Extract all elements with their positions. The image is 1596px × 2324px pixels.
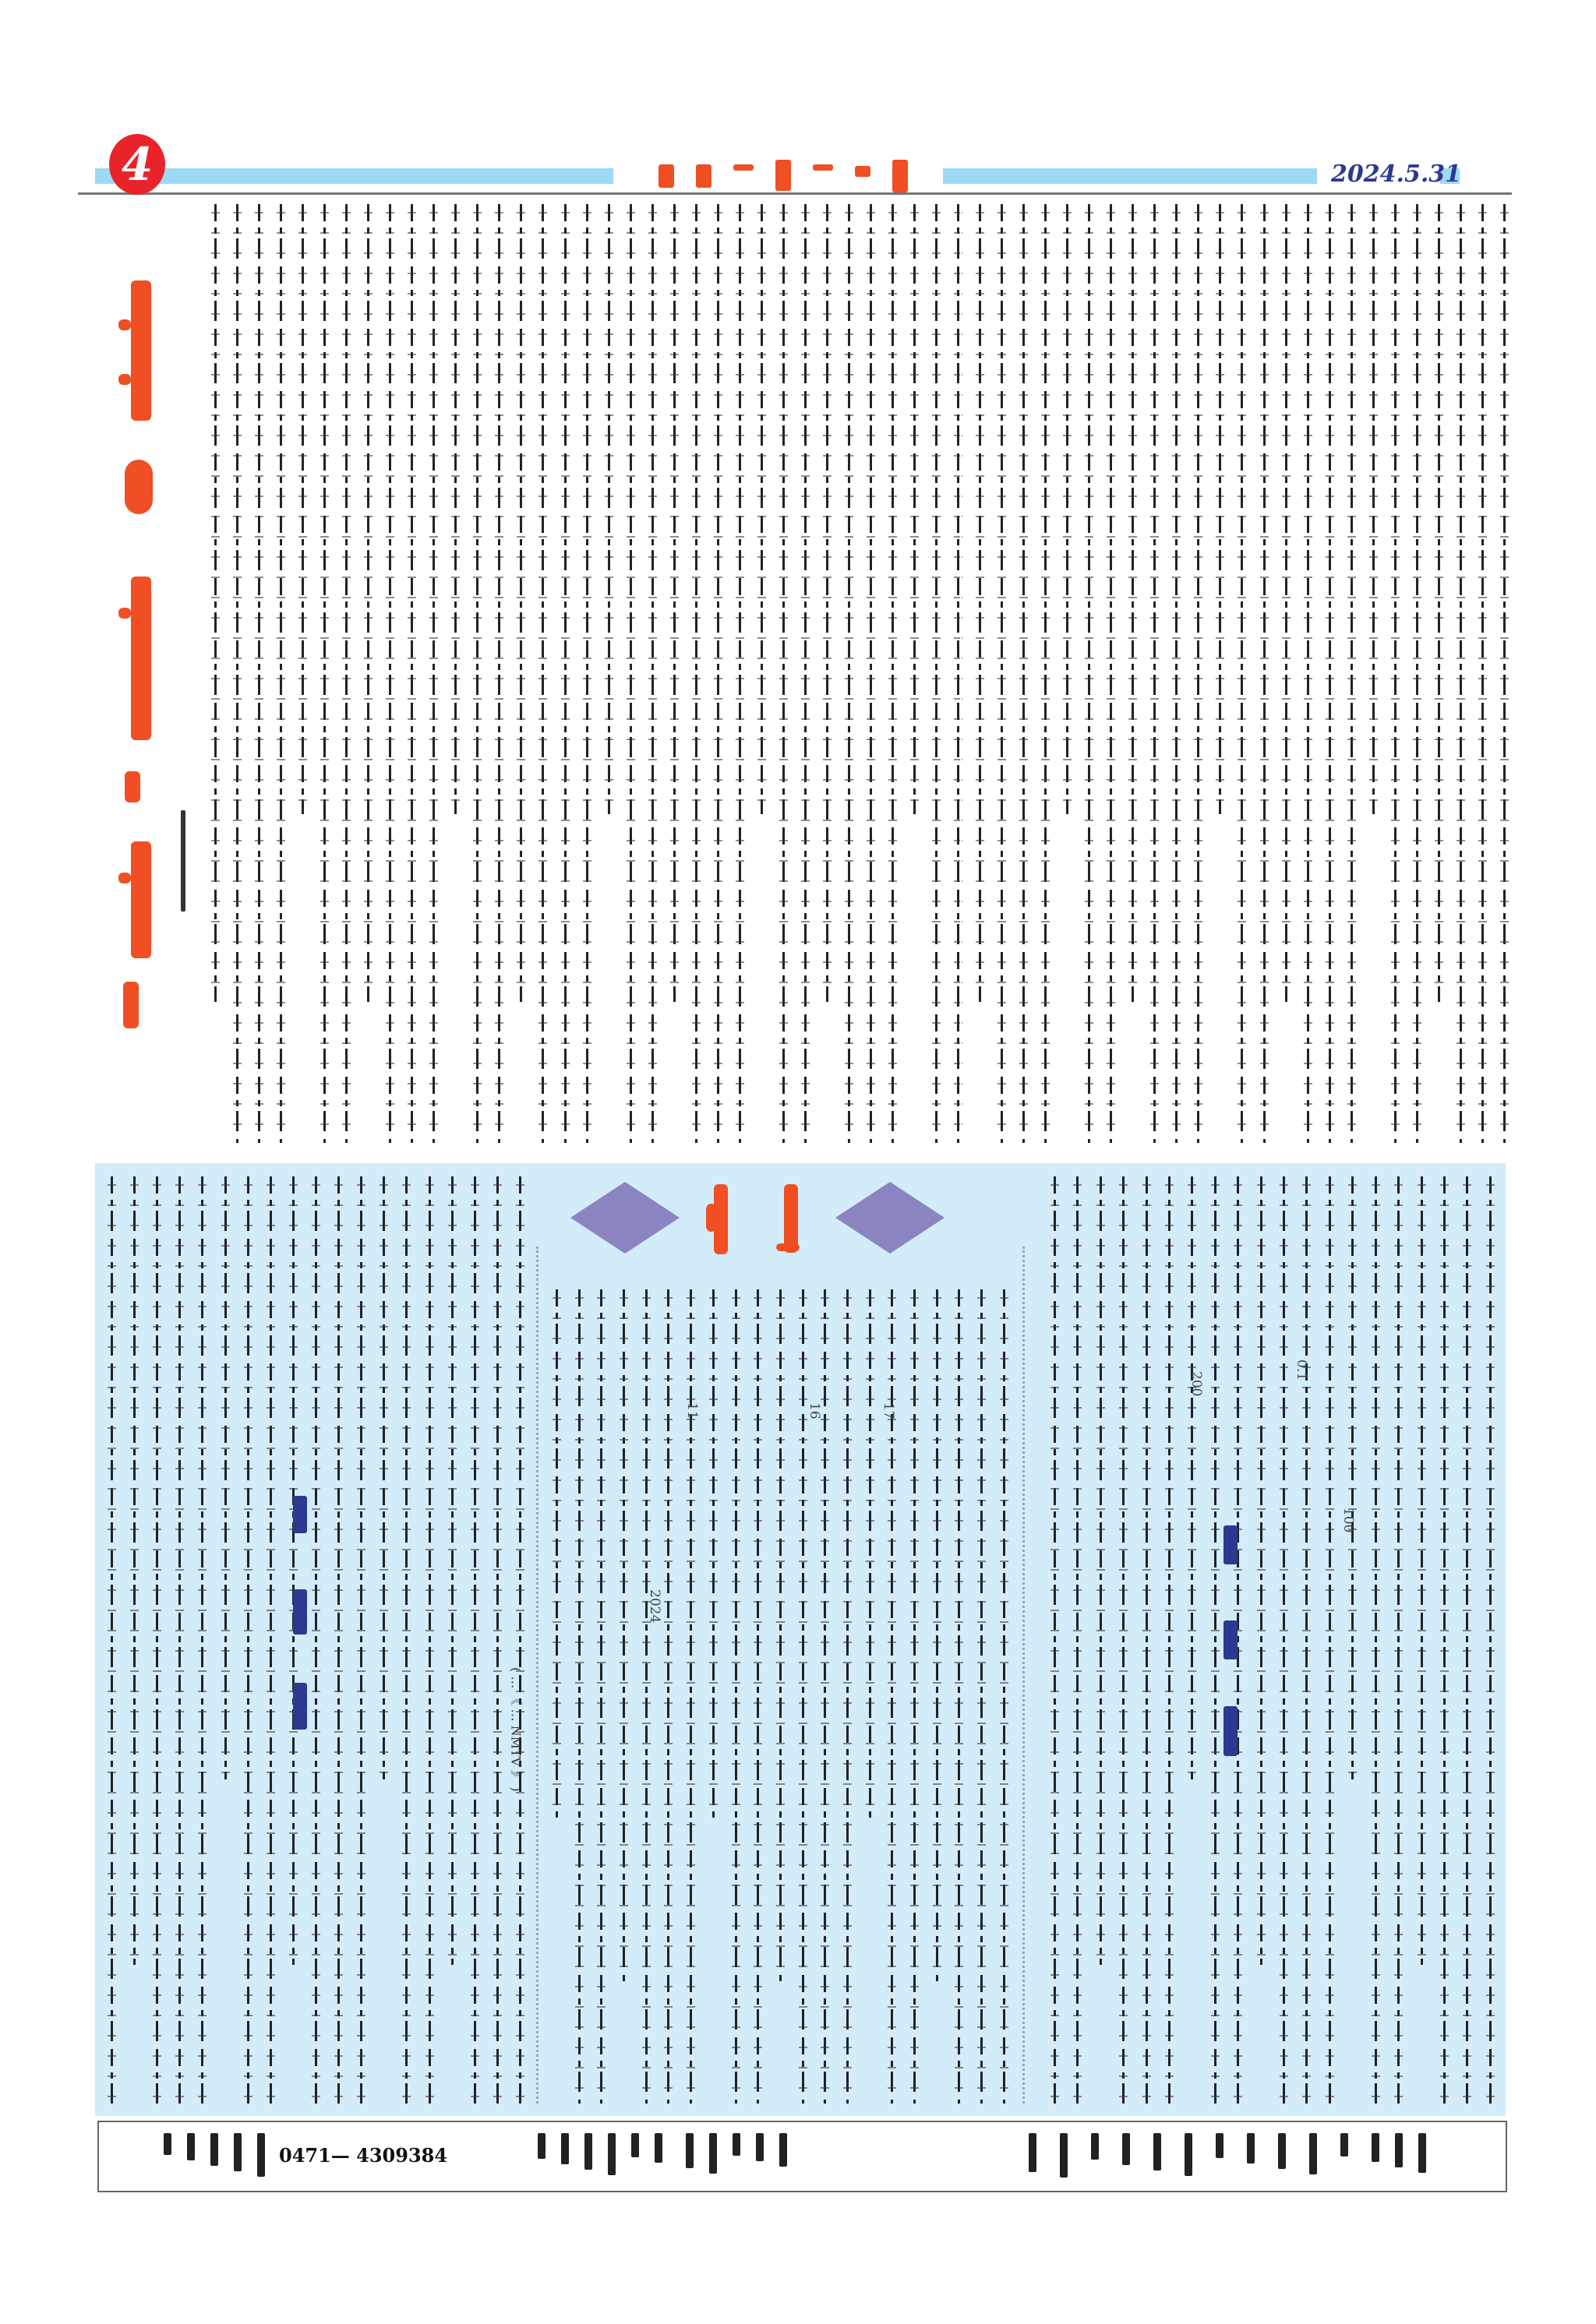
text-column-line <box>930 204 942 1143</box>
footer-label-glyph <box>733 2133 740 2156</box>
text-column-line <box>296 204 309 1143</box>
footer-label-glyph <box>1395 2133 1403 2167</box>
footer-label-glyph <box>210 2133 218 2166</box>
footer-label-glyph <box>234 2133 242 2171</box>
text-column-line <box>1192 204 1204 1143</box>
text-column-line <box>755 204 768 1143</box>
text-column-line <box>821 204 833 1143</box>
blue-left-body <box>105 1176 526 2104</box>
masthead-glyph <box>733 164 754 171</box>
text-column-line <box>863 1289 876 2104</box>
text-column-line <box>1126 204 1139 1143</box>
footer-label-glyph <box>1029 2133 1036 2172</box>
text-column-line <box>886 204 899 1143</box>
page-number-badge: 4 <box>109 134 165 195</box>
text-column-line <box>1039 204 1051 1143</box>
number-0.1: 0.1 <box>1294 1359 1309 1381</box>
text-column-line <box>864 204 877 1143</box>
text-column-line <box>264 1176 277 2104</box>
text-column-line <box>173 1176 185 2104</box>
text-column-line <box>1411 204 1423 1143</box>
number-100: 100 <box>1340 1508 1356 1532</box>
text-column-line <box>1498 204 1510 1143</box>
text-column-line <box>1061 204 1073 1143</box>
text-column-line <box>662 1289 674 2104</box>
blue-center-body <box>550 1289 1010 2104</box>
text-column-line <box>287 1176 299 2104</box>
text-column-line <box>1185 1176 1198 2104</box>
text-column-line <box>471 204 483 1143</box>
text-column-line <box>617 1289 630 2104</box>
text-column-line <box>1392 1176 1404 2104</box>
text-column-line <box>1323 1176 1336 2104</box>
text-column-line <box>841 1289 853 2104</box>
title-glyph <box>125 771 140 802</box>
title-glyph <box>125 460 153 514</box>
text-column-line <box>646 204 659 1143</box>
number-16: 16 <box>807 1402 822 1419</box>
contact-phone: 0471— 4309384 <box>279 2144 447 2167</box>
footer-label-glyph <box>1278 2133 1286 2169</box>
footer-label-glyph <box>1091 2133 1099 2160</box>
text-column-line <box>493 204 505 1143</box>
source-credit-text: ( … 《 … NMTV 》 ) <box>507 1667 525 1792</box>
footer-label-glyph <box>1216 2133 1223 2158</box>
text-column-line <box>952 204 964 1143</box>
footer-label-glyph <box>1418 2133 1426 2173</box>
text-column-line <box>602 204 615 1143</box>
masthead-glyph <box>855 166 870 177</box>
text-column-line <box>595 1289 607 2104</box>
text-column-line <box>332 1176 344 2104</box>
text-column-line <box>997 1289 1010 2104</box>
text-column-line <box>340 204 352 1143</box>
text-column-line <box>573 1289 585 2104</box>
masthead <box>659 160 916 194</box>
text-column-line <box>1277 1176 1290 2104</box>
text-column-line <box>355 1176 367 2104</box>
title-glyph <box>784 1184 798 1253</box>
text-column-line <box>973 204 986 1143</box>
text-column-line <box>1438 1176 1450 2104</box>
text-column-line <box>1389 204 1401 1143</box>
text-column-line <box>1148 204 1160 1143</box>
title-glyph <box>123 982 139 1028</box>
title-glyph <box>776 1243 800 1251</box>
text-column-line <box>1213 204 1226 1143</box>
text-column-line <box>1071 1176 1083 2104</box>
title-glyph <box>118 319 131 330</box>
number-2024: 2024 <box>647 1589 662 1623</box>
number-200: 200 <box>1188 1371 1204 1396</box>
text-column-line <box>707 1289 719 2104</box>
text-column-line <box>995 204 1008 1143</box>
text-column-line <box>468 1176 481 2104</box>
masthead-glyph <box>813 164 833 171</box>
text-column-line <box>1094 1176 1107 2104</box>
text-column-line <box>274 204 287 1143</box>
text-column-line <box>1476 204 1488 1143</box>
text-column-line <box>550 1289 563 2104</box>
title-glyph <box>118 608 131 619</box>
text-column-line <box>952 1289 965 2104</box>
text-column-line <box>1017 204 1029 1143</box>
number-17: 17 <box>881 1402 896 1419</box>
blue-left-subtitle <box>293 1589 307 1635</box>
text-column-line <box>777 204 789 1143</box>
text-column-line <box>196 1176 208 2104</box>
text-column-line <box>150 1176 163 2104</box>
text-column-line <box>908 1289 920 2104</box>
footer-label-glyph <box>756 2133 764 2161</box>
header-bar-left <box>95 168 613 184</box>
number-11: 11 <box>684 1402 700 1419</box>
text-column-line <box>690 204 702 1143</box>
blue-right-subtitle <box>1223 1620 1238 1659</box>
text-column-line <box>1300 1176 1312 2104</box>
text-column-line <box>536 204 549 1143</box>
header-bar-middle <box>943 168 1317 184</box>
text-column-line <box>446 1176 458 2104</box>
text-column-line <box>252 204 265 1143</box>
source-credit: ( … 《 … NMTV 》 ) <box>508 1550 524 1909</box>
masthead-glyph <box>659 164 674 188</box>
blue-left-subtitle <box>293 1496 307 1533</box>
text-column-line <box>581 204 593 1143</box>
text-column-line <box>733 204 746 1143</box>
text-column-line <box>1301 204 1314 1143</box>
text-column-line <box>1367 204 1379 1143</box>
title-glyph <box>118 374 131 385</box>
text-column-line <box>1460 1176 1473 2104</box>
blue-right-body <box>1048 1176 1496 2104</box>
text-column-line <box>423 1176 436 2104</box>
footer-label-glyph <box>1122 2133 1130 2165</box>
footer-label-glyph <box>1340 2133 1348 2156</box>
title-glyph <box>131 280 151 421</box>
text-column-line <box>1369 1176 1382 2104</box>
text-column-line <box>1345 204 1358 1143</box>
text-column-line <box>1432 204 1445 1143</box>
text-column-line <box>1484 1176 1496 2104</box>
footer-label-glyph <box>1060 2133 1068 2178</box>
text-column-line <box>427 204 440 1143</box>
byline <box>181 810 185 912</box>
text-column-line <box>1415 1176 1428 2104</box>
text-column-line <box>400 1176 412 2104</box>
text-column-line <box>729 1289 742 2104</box>
text-column-line <box>1082 204 1095 1143</box>
text-column-line <box>105 1176 118 2104</box>
footer-label-glyph <box>631 2133 639 2157</box>
footer-label-glyph <box>779 2133 787 2167</box>
text-column-line <box>1454 204 1467 1143</box>
column-divider <box>960 204 962 1147</box>
text-column-line <box>908 204 920 1143</box>
text-column-line <box>1104 204 1117 1143</box>
title-glyph <box>706 1204 717 1232</box>
text-column-line <box>640 1289 652 2104</box>
text-column-line <box>377 1176 390 2104</box>
footer-label-glyph <box>561 2133 569 2164</box>
title-glyph <box>131 841 151 958</box>
footer-label-glyph <box>187 2133 195 2160</box>
text-column-line <box>668 204 680 1143</box>
blue-right-subtitle <box>1223 1525 1238 1564</box>
blue-right-subtitle <box>1223 1706 1238 1756</box>
footer-label-glyph <box>1247 2133 1255 2164</box>
footer-label-glyph <box>164 2133 171 2155</box>
text-column-line <box>231 204 243 1143</box>
text-column-line <box>1163 1176 1175 2104</box>
footer-label-glyph <box>608 2133 616 2175</box>
footer-label-glyph <box>655 2133 662 2163</box>
text-column-line <box>842 204 855 1143</box>
title-glyph <box>131 577 151 740</box>
text-column-line <box>1048 1176 1061 2104</box>
issue-date: 2024.5.31 <box>1331 160 1461 188</box>
footer-label-glyph <box>1309 2133 1317 2174</box>
footer-label-glyph <box>686 2133 694 2168</box>
text-column-line <box>930 1289 943 2104</box>
footer-label-glyph <box>538 2133 546 2159</box>
title-glyph <box>118 873 131 883</box>
text-column-line <box>383 204 396 1143</box>
footer-label-glyph <box>1372 2133 1379 2162</box>
text-column-line <box>1346 1176 1358 2104</box>
text-column-line <box>209 204 221 1143</box>
text-column-line <box>309 1176 322 2104</box>
text-column-line <box>1323 204 1336 1143</box>
text-column-line <box>318 204 330 1143</box>
footer-label-glyph <box>1153 2133 1161 2171</box>
section-divider-right <box>1022 1247 1025 2104</box>
text-column-line <box>711 204 724 1143</box>
text-column-line <box>362 204 374 1143</box>
text-column-line <box>514 204 527 1143</box>
text-column-line <box>799 204 811 1143</box>
footer-label-glyph <box>1185 2133 1192 2176</box>
text-column-line <box>1140 1176 1153 2104</box>
masthead-glyph <box>775 160 791 191</box>
text-column-line <box>405 204 418 1143</box>
text-column-line <box>774 1289 786 2104</box>
section-divider-left <box>536 1247 538 2104</box>
text-column-line <box>1280 204 1292 1143</box>
masthead-glyph <box>892 160 908 192</box>
text-column-line <box>1170 204 1182 1143</box>
text-column-line <box>624 204 637 1143</box>
footer-label-glyph <box>709 2133 717 2174</box>
text-column-line <box>219 1176 231 2104</box>
text-column-line <box>559 204 571 1143</box>
footer-label-glyph <box>584 2133 592 2170</box>
text-column-line <box>449 204 461 1143</box>
lead-article-body <box>209 204 1510 1143</box>
blue-left-subtitle <box>293 1683 307 1730</box>
text-column-line <box>1117 1176 1129 2104</box>
text-column-line <box>751 1289 764 2104</box>
text-column-line <box>491 1176 503 2104</box>
text-column-line <box>1255 1176 1267 2104</box>
text-column-line <box>1235 204 1248 1143</box>
text-column-line <box>242 1176 254 2104</box>
text-column-line <box>975 1289 987 2104</box>
footer-label-glyph <box>257 2133 265 2177</box>
text-column-line <box>1258 204 1270 1143</box>
text-column-line <box>128 1176 140 2104</box>
text-column-line <box>1209 1176 1221 2104</box>
masthead-glyph <box>696 164 711 188</box>
